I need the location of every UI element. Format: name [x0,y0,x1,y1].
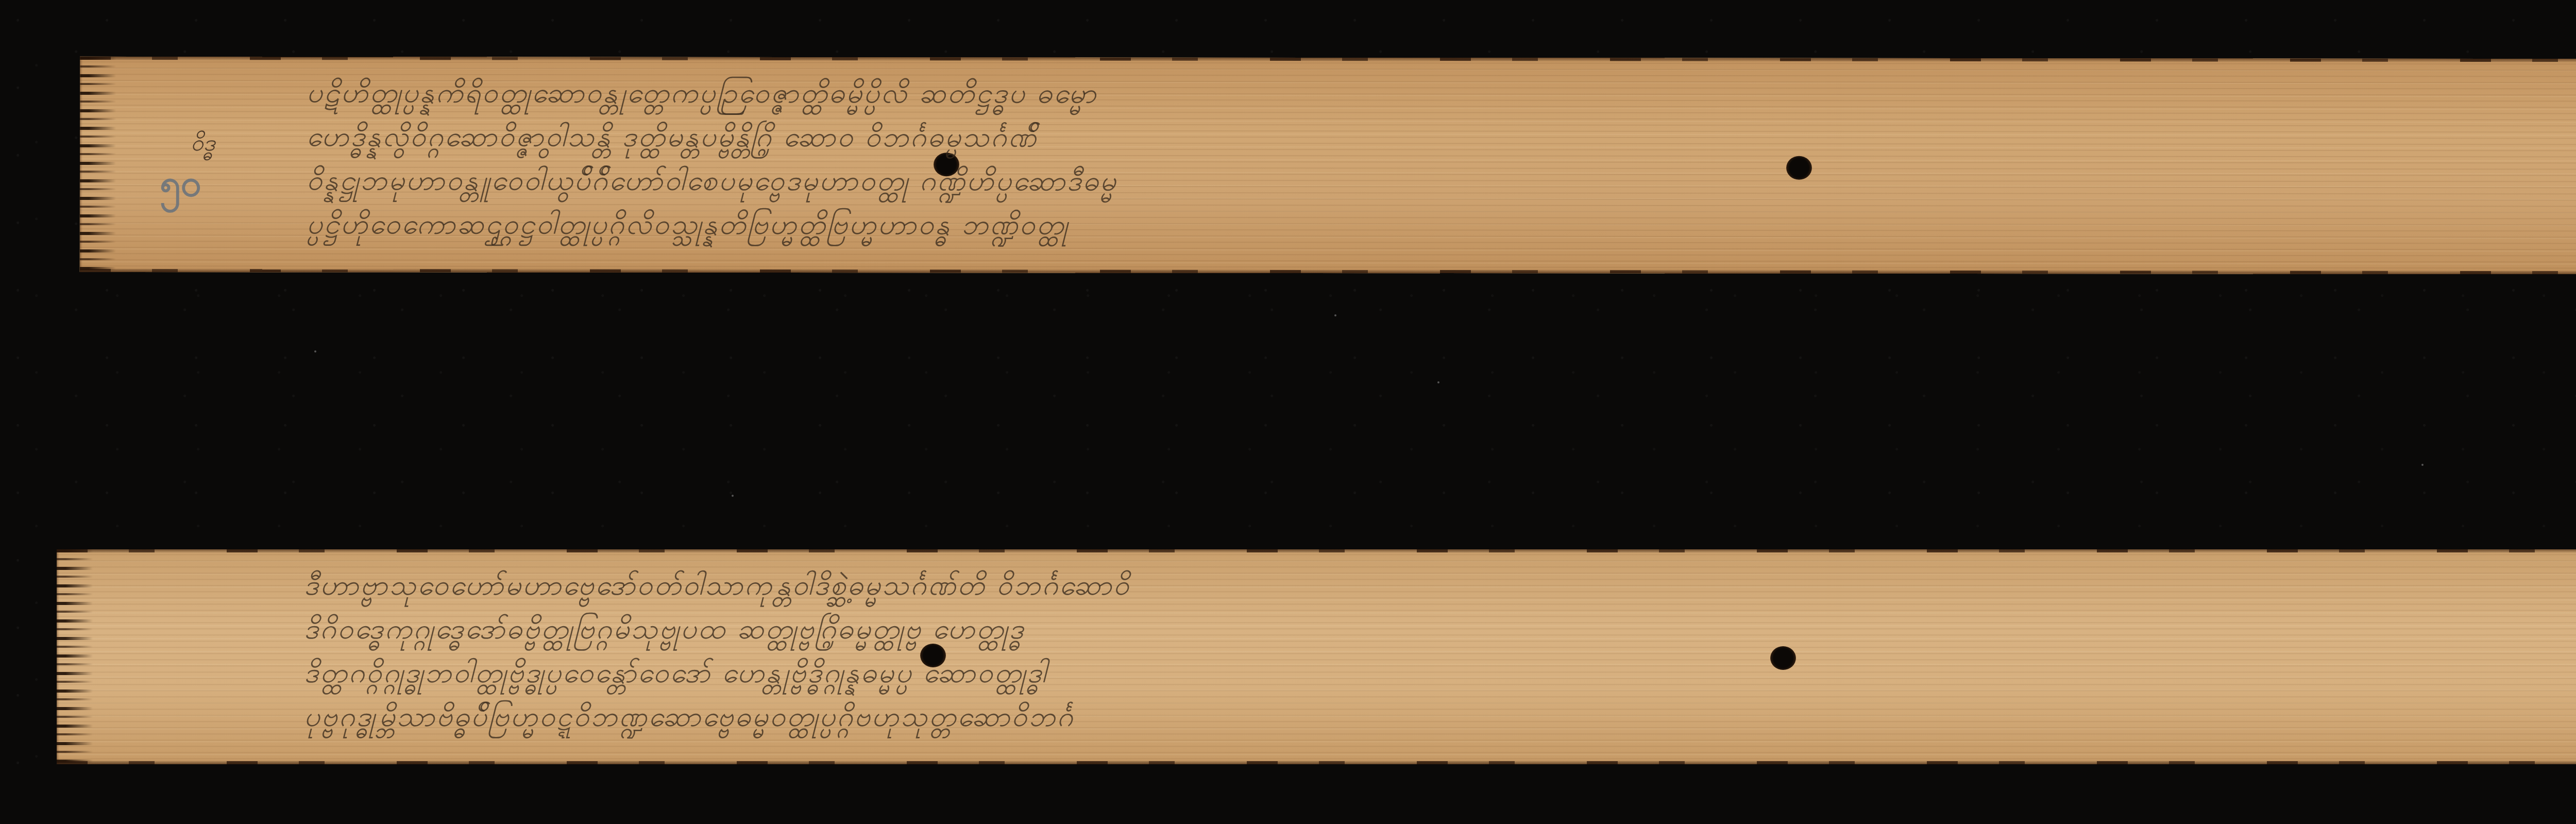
leaf-edge-top [57,549,2576,552]
leaf-edge-top [80,57,2576,62]
script-text-block: ပဋိဟိတ္ထုပ္ပန္နကိရိဝတ္ထုဆောဝန္တုတ္တေကပ္ပ… [307,62,2573,270]
script-text-block: ဒီဟာဗ္ဗာသုဝေဟော်မဟာဗ္ဗေဒော်ဝတ်ဝါသာကုန္တဝ… [304,560,2576,761]
dust-speck [314,350,316,352]
script-line-3: ဒိတ္ထဂဝ္ဂိဂ္ဂုဒ္ဓုဘဝါတ္ထုဗ္ဗိဒ္ဓုပ္ပဝေန္… [304,652,2576,694]
palm-leaf-top: ဝိဒ္ဓ ၅၀ ပဋိဟိတ္ထုပ္ပန္နကိရိဝတ္ထုဆောဝန္တ… [80,57,2576,274]
dust-speck [732,495,734,497]
folio-number: ၅၀ [160,160,201,214]
script-line-2: ဟေဒ္ဓိန္နလွိဝိဂ္ဂဆောဝိဇ္ဇွာဝါသန္တိ ဒုတ္ထ… [307,116,2573,159]
script-line-4: ပ္ပဋ္ဌိဟိုဝေကောဆဌ္ဌဝဋ္ဌဝါတ္ထုပ္ပဂ္ဂိလိဝသ… [307,204,2573,247]
script-line-4: ပုဗ္ဗဂုဒ္ဓုမ္ဘိသာဗိဓ္ဓပ်ိဗြဟ္မဝဋ္ဋဝိဘဏ္ဍ… [304,696,2576,737]
dust-speck [1437,381,1439,383]
burnt-edge-left [57,549,93,764]
margin-label: ဝိဒ္ဓ [191,129,215,162]
dust-speck [2421,464,2424,466]
dust-speck [1334,314,1336,316]
leaf-edge-bottom [57,761,2576,764]
script-line-3: ဝိန္နဋ္ဌုဘမုဟာဝန္တူဝေဝါယွပ်ိဂ်ိဟော်ဝါစေပ… [307,160,2573,203]
script-line-1: ပဋိဟိတ္ထုပ္ပန္နကိရိဝတ္ထုဆောဝန္တုတ္တေကပ္ပ… [307,72,2573,115]
script-line-2: ဒိဂိဝဒ္ဓေကုဂ္ဂုဒ္ဓေဒော်ဓဗ္ဗိတ္ထုဗြဂ္ဂမိသ… [304,609,2576,650]
script-line-1: ဒီဟာဗ္ဗာသုဝေဟော်မဟာဗ္ဗေဒော်ဝတ်ဝါသာကုန္တဝ… [304,565,2576,606]
palm-leaf-bottom: ဒီဟာဗ္ဗာသုဝေဟော်မဟာဗ္ဗေဒော်ဝတ်ဝါသာကုန္တဝ… [57,549,2576,764]
burnt-edge-left [80,57,116,272]
